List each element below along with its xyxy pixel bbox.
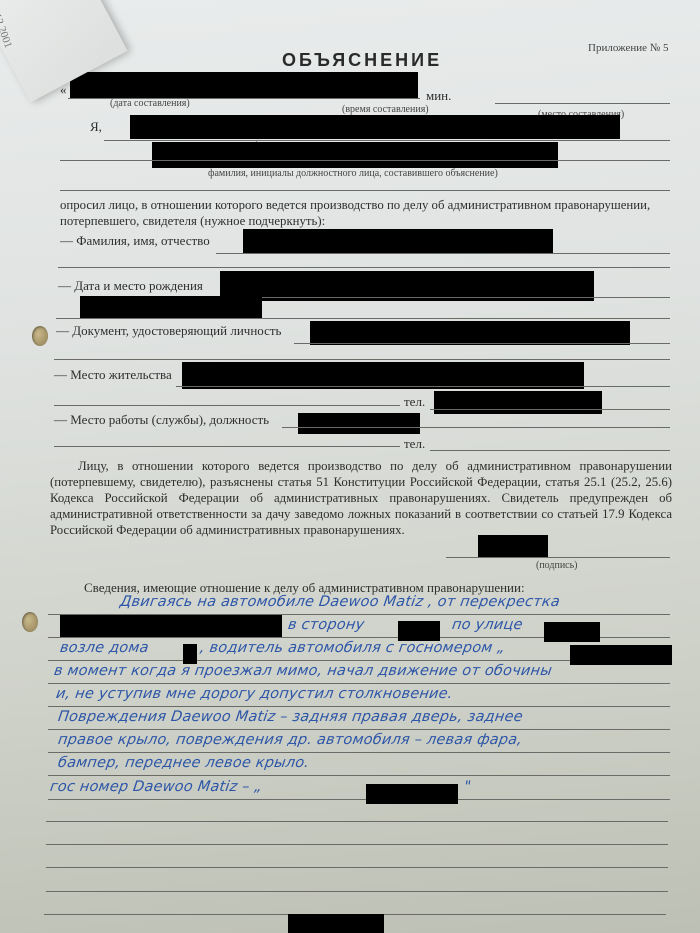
redacted-full-name [243, 229, 553, 254]
ruled-line [48, 799, 670, 800]
phone-line-1 [430, 409, 670, 410]
handwritten-line-7: правое крыло, повреждения др. автомобиля… [57, 732, 523, 748]
ruled-line [46, 821, 668, 822]
handwritten-line-9: гос номер Daewoo Matiz – „ [49, 779, 263, 795]
full-name-label: — Фамилия, имя, отчество [60, 233, 210, 249]
ruled-line [46, 844, 668, 845]
id-document-line-2 [54, 359, 670, 360]
ruled-line [46, 867, 668, 868]
redacted-phone [434, 391, 602, 414]
minutes-label: мин. [426, 88, 451, 104]
ruled-line [46, 891, 668, 892]
ya-label: Я, [90, 119, 102, 135]
signature-caption: (подпись) [536, 560, 578, 571]
residence-label: — Место жительства [54, 367, 172, 383]
redacted-official-name [152, 142, 558, 168]
ruled-line [48, 683, 670, 684]
phone-line-2 [430, 450, 670, 451]
date-caption: (дата составления) [110, 98, 190, 109]
punch-hole-icon [32, 326, 48, 346]
birth-label: — Дата и место рождения [58, 278, 203, 294]
official-name-caption: фамилия, инициалы должностного лица, сос… [208, 168, 498, 179]
redacted-street [544, 622, 600, 642]
signature-line [446, 557, 670, 558]
handwritten-line-4: в момент когда я проезжал мимо, начал дв… [53, 663, 553, 679]
ruled-line [48, 729, 670, 730]
id-document-label: — Документ, удостоверяющий личность [56, 323, 281, 339]
full-name-line-2 [58, 267, 670, 268]
redacted-birth-place [80, 296, 262, 318]
handwritten-line-2a: в сторону [287, 617, 366, 633]
ruled-line [48, 752, 670, 753]
redacted-residence [182, 362, 584, 389]
redacted-official-position [130, 115, 620, 139]
redacted-signature [478, 535, 548, 557]
redacted-workplace [298, 413, 420, 434]
redacted-plate-number-own [366, 784, 458, 804]
handwritten-line-3a: возле дома [59, 640, 150, 656]
redacted-bottom-signature [288, 914, 384, 933]
workplace-label: — Место работы (службы), должность [54, 412, 269, 428]
birth-line [210, 297, 670, 298]
redacted-direction [398, 621, 440, 641]
redacted-date-time [70, 72, 418, 98]
redacted-id-document [310, 321, 630, 345]
time-caption: (время составления) [342, 104, 429, 115]
official-line-2 [60, 160, 670, 161]
punch-hole-icon [22, 612, 38, 632]
id-document-line [294, 343, 670, 344]
official-line-3 [60, 190, 670, 191]
birth-line-2 [56, 318, 670, 319]
full-name-line [216, 253, 670, 254]
workplace-line-2 [54, 446, 400, 447]
residence-line [176, 386, 670, 387]
ruled-line [48, 706, 670, 707]
document-page: 12.2001 Приложение № 5 ОБЪЯСНЕНИЕ « мин.… [0, 0, 700, 933]
residence-line-2 [54, 405, 400, 406]
rights-text: Лицу, в отношении которого ведется произ… [50, 458, 672, 538]
redacted-intersection [60, 615, 282, 637]
handwritten-line-3b: , водитель автомобиля с госномером „ [199, 640, 506, 656]
appendix-label: Приложение № 5 [588, 42, 669, 54]
handwritten-line-1: Двигаясь на автомобиле Daewoo Matiz , от… [119, 594, 561, 610]
handwritten-line-8: бампер, переднее левое крыло. [57, 755, 310, 771]
handwritten-line-5: и, не уступив мне дорогу допустил столкн… [55, 686, 454, 702]
intro-text: опросил лицо, в отношении которого ведет… [60, 197, 672, 229]
ruled-line [48, 775, 670, 776]
redacted-house-number [183, 644, 197, 664]
page-title: ОБЪЯСНЕНИЕ [282, 50, 442, 71]
phone-label-1: тел. [404, 394, 425, 410]
handwritten-line-2b: по улице [451, 617, 524, 633]
phone-label-2: тел. [404, 436, 425, 452]
handwritten-closing-quote: " [463, 779, 472, 795]
redacted-plate-number-other [570, 645, 672, 665]
handwritten-line-6: Повреждения Daewoo Matiz – задняя правая… [57, 709, 524, 725]
workplace-line [282, 427, 670, 428]
place-line [495, 103, 670, 104]
